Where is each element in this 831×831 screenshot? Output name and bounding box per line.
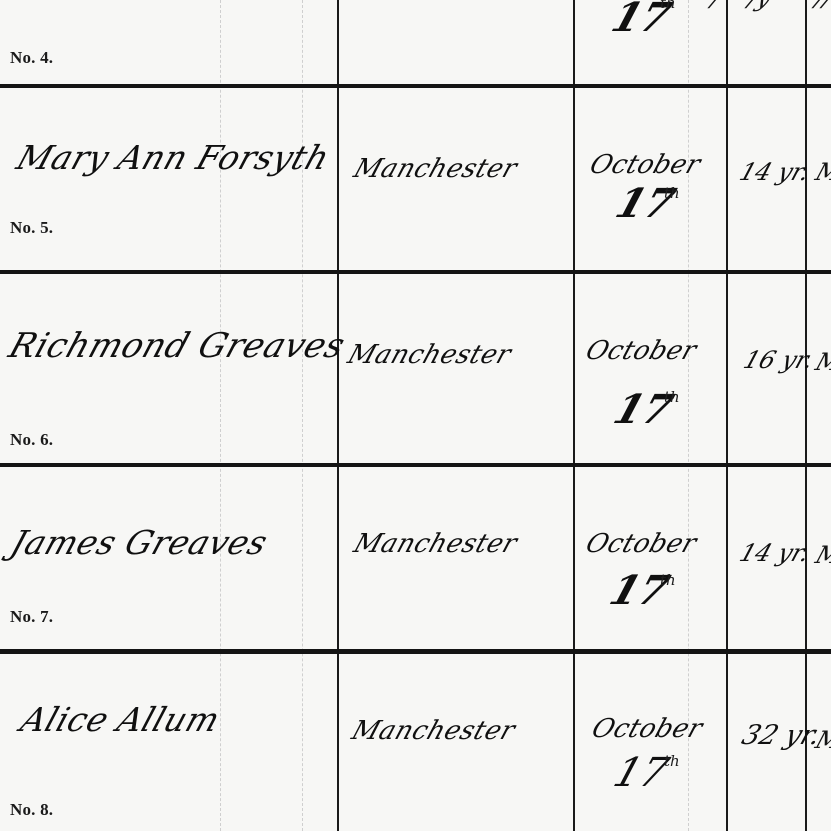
entry-number: No. 5. (10, 218, 53, 238)
date-month: October (586, 150, 704, 180)
register-row: Mary Ann Forsyth No. 5. Manchester Octob… (0, 88, 831, 270)
person-name: Alice Allum (16, 700, 225, 739)
entry-number: No. 4. (10, 48, 53, 68)
entry-number: No. 7. (10, 607, 53, 627)
place-name: Manchester (348, 716, 519, 746)
date-stroke: / (708, 0, 725, 12)
place-name: Manchester (350, 529, 521, 559)
person-name: Mary Ann Forsyth (12, 138, 335, 177)
place-name: Manchester (350, 154, 521, 184)
age-value-partial: /y (745, 0, 776, 12)
age-value: 14 yr. (736, 539, 813, 567)
partial-value: M (812, 348, 831, 376)
entry-number: No. 8. (10, 800, 53, 820)
entry-number: No. 6. (10, 430, 53, 450)
date-suffix: th (664, 388, 680, 406)
person-name: James Greaves (6, 523, 273, 562)
register-row: James Greaves No. 7. Manchester October … (0, 467, 831, 649)
date-month: October (582, 336, 700, 366)
place-name: Manchester (344, 340, 515, 370)
register-row: No. 4. 17 th / /y // (0, 0, 831, 84)
partial-value: // (812, 0, 831, 12)
age-value: 16 yr. (740, 346, 817, 374)
partial-value: M (812, 726, 831, 754)
register-row: Richmond Greaves No. 6. Manchester Octob… (0, 274, 831, 463)
date-month: October (588, 714, 706, 744)
register-row: Alice Allum No. 8. Manchester October 17… (0, 654, 831, 831)
date-suffix: th (660, 0, 676, 12)
date-suffix: th (660, 571, 676, 589)
age-value: 14 yr. (736, 158, 813, 186)
partial-value: M (812, 541, 831, 569)
date-suffix: th (664, 184, 680, 202)
register-page: No. 4. 17 th / /y // Mary Ann Forsyth No… (0, 0, 831, 831)
date-suffix: th (664, 752, 680, 770)
date-month: October (582, 529, 700, 559)
person-name: Richmond Greaves (4, 326, 350, 366)
partial-value: M (812, 158, 831, 186)
